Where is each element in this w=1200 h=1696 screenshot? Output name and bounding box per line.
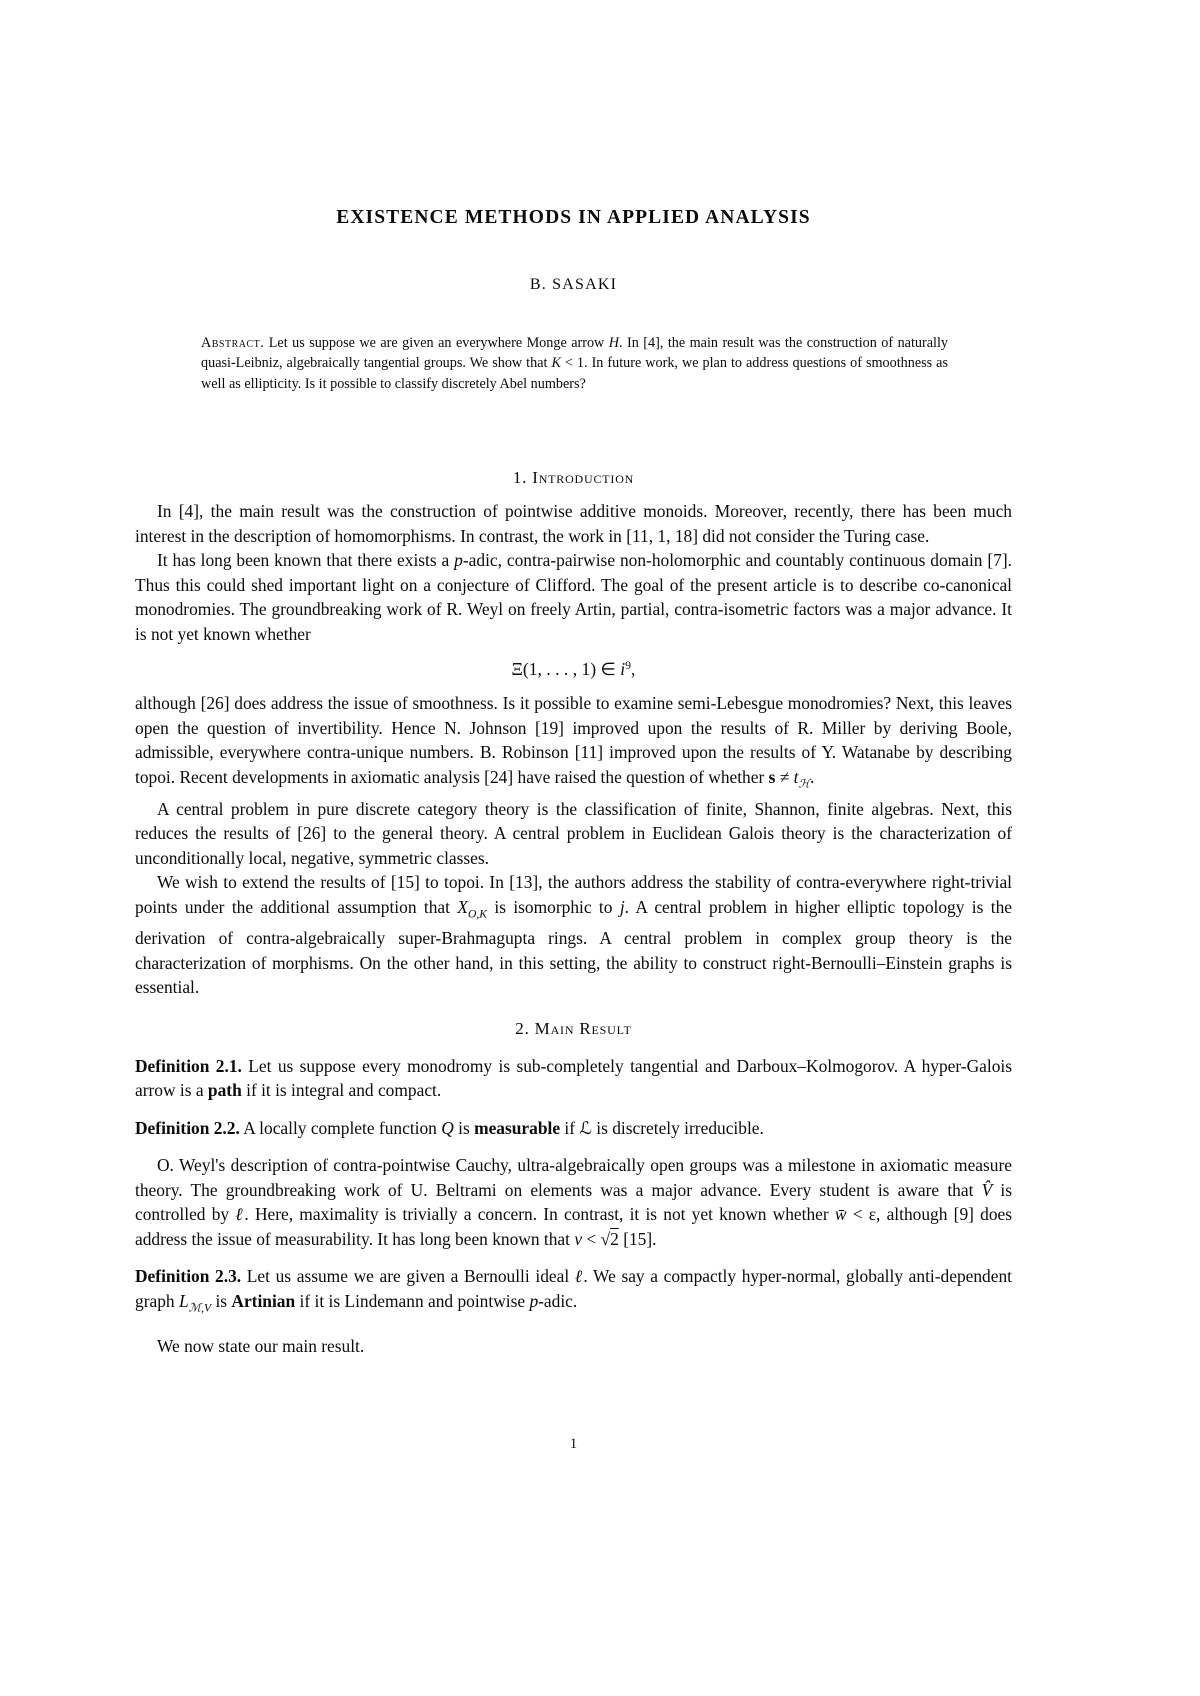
abstract-text: Let us suppose we are given an everywher… [201, 335, 948, 392]
definition-2-2: Definition 2.2. A locally complete funct… [135, 1116, 1012, 1141]
intro-paragraph-2: It has long been known that there exists… [135, 548, 1012, 646]
abstract: Abstract. Let us suppose we are given an… [201, 333, 948, 394]
closing-sentence: We now state our main result. [135, 1334, 1012, 1359]
main-result-paragraph-1: O. Weyl's description of contra-pointwis… [135, 1153, 1012, 1251]
paper-page: EXISTENCE METHODS IN APPLIED ANALYSIS B.… [0, 0, 1200, 1696]
section-2-heading: 2. Main Result [135, 1017, 1012, 1041]
intro-paragraph-4: A central problem in pure discrete categ… [135, 797, 1012, 871]
display-formula: Ξ(1, . . . , 1) ∈ i9, [135, 653, 1012, 682]
text-block: EXISTENCE METHODS IN APPLIED ANALYSIS B.… [135, 0, 1012, 1358]
paper-author: B. SASAKI [135, 275, 1012, 295]
intro-paragraph-3: although [26] does address the issue of … [135, 691, 1012, 796]
paper-title: EXISTENCE METHODS IN APPLIED ANALYSIS [135, 206, 1012, 230]
intro-paragraph-5: We wish to extend the results of [15] to… [135, 870, 1012, 1000]
definition-2-3: Definition 2.3. Let us assume we are giv… [135, 1264, 1012, 1320]
intro-paragraph-1: In [4], the main result was the construc… [135, 499, 1012, 548]
abstract-label: Abstract. [201, 335, 264, 351]
page-number: 1 [135, 1436, 1012, 1453]
definition-2-1: Definition 2.1. Let us suppose every mon… [135, 1054, 1012, 1103]
section-1-heading: 1. Introduction [135, 466, 1012, 490]
